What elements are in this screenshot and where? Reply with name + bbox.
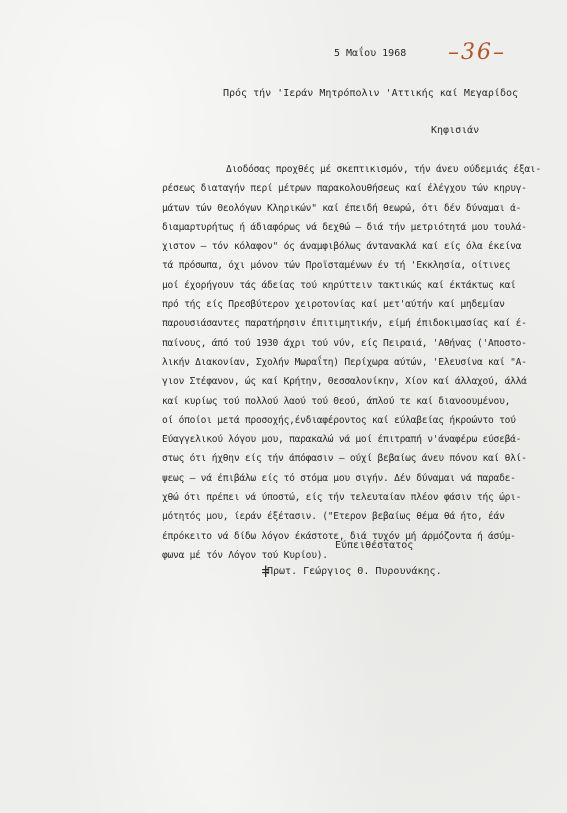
body-line: μοί έχορήγουν τάς άδείας τού κηρύττειν τ… — [162, 276, 532, 295]
letter-body: Διοδόσας προχθές μέ σκεπτικισμόν, τήν άν… — [162, 160, 532, 565]
recipient-line: Πρός τήν 'Ιεράν Μητρόπολιν 'Αττικής καί … — [223, 88, 518, 99]
document-page: 5 Μαΐου 1968 –36– Πρός τήν 'Ιεράν Μητρόπ… — [0, 0, 567, 813]
body-line: χιστον – τόν κόλαφον" ός άναμφιβόλως άντ… — [162, 237, 532, 256]
body-line: χθώ ότι πρέπει νά ύποστώ, είς τήν τελευτ… — [162, 488, 532, 507]
body-line: διαμαρτυρήτως ή άδιαφόρως νά δεχθώ – διά… — [162, 218, 532, 237]
body-line: τά πρόσωπα, όχι μόνον τών Προϊσταμένων έ… — [162, 256, 532, 275]
body-line: μότητός μου, ίεράν έξέτασιν. ("Ετερον βε… — [162, 507, 532, 526]
letter-date: 5 Μαΐου 1968 — [334, 48, 406, 59]
body-line: γιον Στέφανον, ώς καί Κρήτην, Θεσσαλονίκ… — [162, 372, 532, 391]
body-line: ρέσεως διαταγήν περί μέτρων παρακολουθήσ… — [162, 179, 532, 198]
salutation: Κηφισιάν — [431, 125, 479, 136]
body-line: παρουσιάσαντες παρατήρησιν έπιτιμητικήν,… — [162, 314, 532, 333]
body-line: Διοδόσας προχθές μέ σκεπτικισμόν, τήν άν… — [162, 160, 532, 179]
body-line: οί όποίοι μετά προσοχής,ένδιαφέροντος κα… — [162, 411, 532, 430]
body-line: μάτων τών Θεολόγων Κληρικών" καί έπειδή … — [162, 199, 532, 218]
body-line: πρό τής είς Πρεσβύτερον χειροτονίας καί … — [162, 295, 532, 314]
body-line: καί κυρίως τού πολλού λαού τού Θεού, άπλ… — [162, 392, 532, 411]
body-line: ψεως – νά έπιβάλω είς τό στόμα μου σιγήν… — [162, 469, 532, 488]
body-line: παίνους, άπό τού 1930 άχρι τού νύν, είς … — [162, 334, 532, 353]
closing: Εύπειθέστατος — [335, 540, 413, 551]
signature: Πρωτ. Γεώργιος Θ. Πυρουνάκης. — [267, 566, 442, 577]
body-line: Εύαγγελικού λόγου μου, παρακαλώ νά μοί έ… — [162, 430, 532, 449]
body-line: στως ότι ήχθην είς τήν άπόφασιν – ούχί β… — [162, 449, 532, 468]
body-line: λικήν Διακονίαν, Σχολήν Μωραΐτη) Περίχωρ… — [162, 353, 532, 372]
handwritten-page-number: –36– — [448, 40, 506, 65]
